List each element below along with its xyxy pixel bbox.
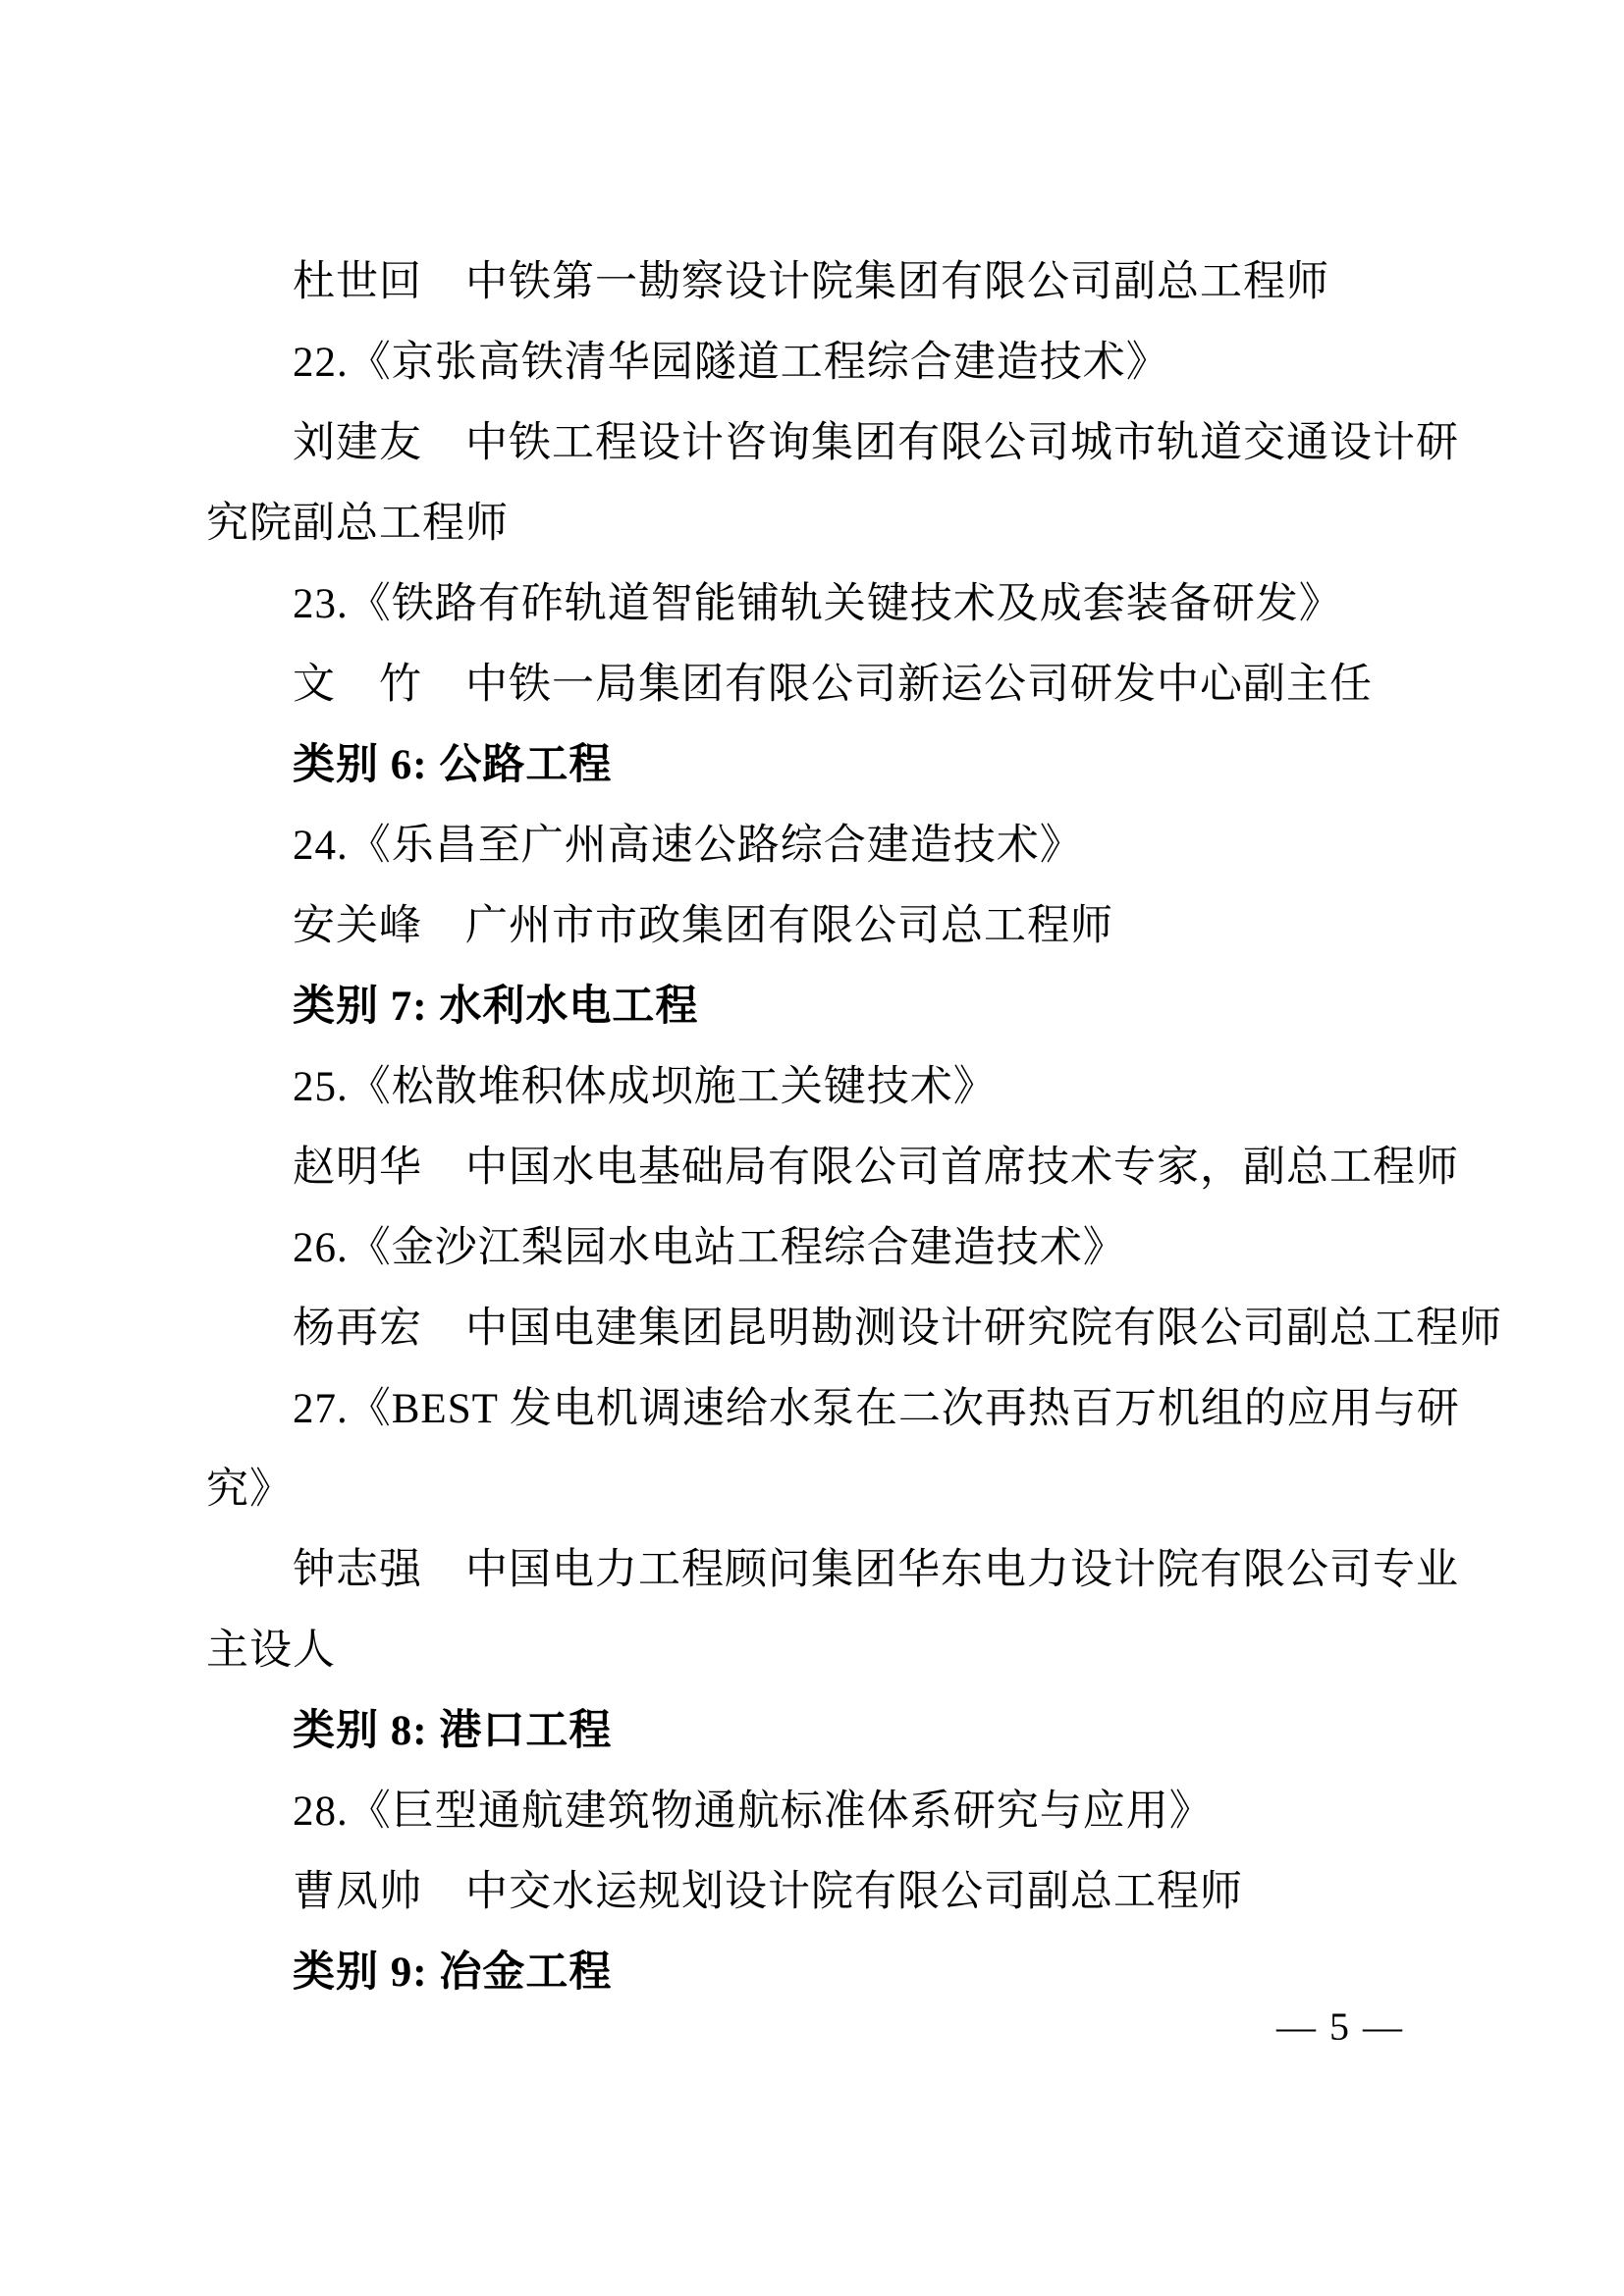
achievement-title: 23.《铁路有砟轨道智能铺轨关键技术及成套装备研发》 — [206, 564, 1409, 645]
achievement-title: 27.《BEST 发电机调速给水泵在二次再热百万机组的应用与研 — [206, 1369, 1409, 1450]
document-text-block: 杜世回 中铁第一勘察设计院集团有限公司副总工程师 22.《京张高铁清华园隧道工程… — [206, 242, 1409, 2013]
achievement-title: 22.《京张高铁清华园隧道工程综合建造技术》 — [206, 323, 1409, 403]
wrapped-line: 究院副总工程师 — [206, 484, 1409, 564]
achievement-title: 26.《金沙江梨园水电站工程综合建造技术》 — [206, 1208, 1409, 1289]
author-line: 刘建友 中铁工程设计咨询集团有限公司城市轨道交通设计研 — [206, 403, 1409, 484]
achievement-title: 24.《乐昌至广州高速公路综合建造技术》 — [206, 806, 1409, 886]
category-heading: 类别 6: 公路工程 — [206, 725, 1409, 806]
wrapped-line: 究》 — [206, 1450, 1409, 1530]
category-heading: 类别 9: 冶金工程 — [206, 1933, 1409, 2013]
category-heading: 类别 8: 港口工程 — [206, 1691, 1409, 1772]
author-line: 曹凤帅 中交水运规划设计院有限公司副总工程师 — [206, 1852, 1409, 1933]
author-line: 赵明华 中国水电基础局有限公司首席技术专家，副总工程师 — [206, 1128, 1409, 1208]
category-heading: 类别 7: 水利水电工程 — [206, 967, 1409, 1047]
achievement-title: 25.《松散堆积体成坝施工关键技术》 — [206, 1047, 1409, 1128]
author-line: 文 竹 中铁一局集团有限公司新运公司研发中心副主任 — [206, 645, 1409, 725]
author-line: 钟志强 中国电力工程顾问集团华东电力设计院有限公司专业 — [206, 1530, 1409, 1611]
author-line: 杨再宏 中国电建集团昆明勘测设计研究院有限公司副总工程师 — [206, 1289, 1409, 1369]
page-number: — 5 — — [1276, 2002, 1404, 2052]
achievement-title: 28.《巨型通航建筑物通航标准体系研究与应用》 — [206, 1772, 1409, 1852]
wrapped-line: 主设人 — [206, 1611, 1409, 1691]
document-page: 杜世回 中铁第一勘察设计院集团有限公司副总工程师 22.《京张高铁清华园隧道工程… — [0, 0, 1624, 2296]
author-line: 杜世回 中铁第一勘察设计院集团有限公司副总工程师 — [206, 242, 1409, 323]
author-line: 安关峰 广州市市政集团有限公司总工程师 — [206, 886, 1409, 967]
